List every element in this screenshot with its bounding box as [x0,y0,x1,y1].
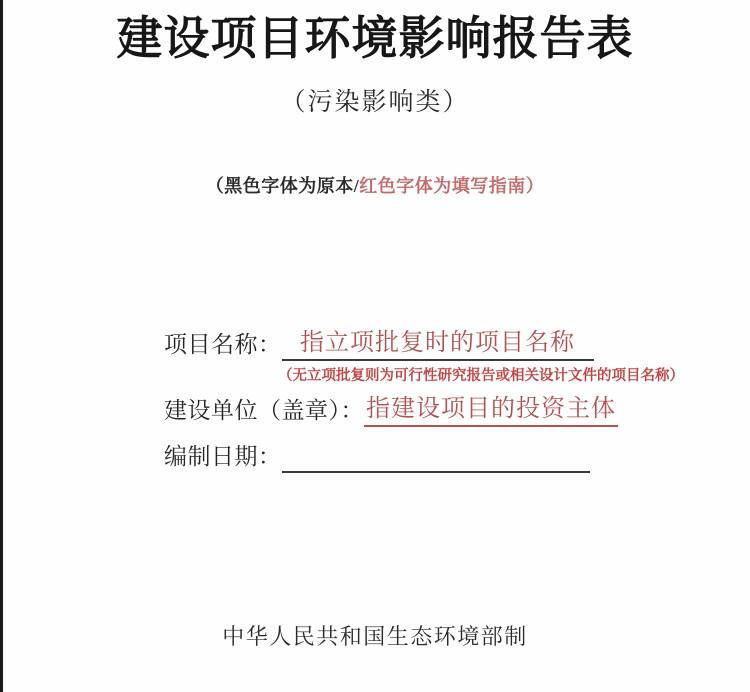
project-name-value: 指立项批复时的项目名称 [300,330,575,356]
construction-unit-row: 建设单位（盖章）：指建设项目的投资主体 [164,393,704,427]
page-title: 建设项目环境影响报告表 [0,10,750,66]
construction-unit-label: 建设单位（盖章）： [164,395,364,427]
legend-black-part: （黑色字体为原本/ [206,176,360,196]
compile-date-field [282,441,590,473]
cover-form: 项目名称：指立项批复时的项目名称 （无立项批复则为可行性研究报告或相关设计文件的… [164,327,704,473]
report-cover-page: 建设项目环境影响报告表 （污染影响类） （黑色字体为原本/红色字体为填写指南） … [0,0,750,692]
project-name-field: 指立项批复时的项目名称 [282,327,594,361]
report-category-subtitle: （污染影响类） [0,86,750,120]
construction-unit-value: 指建设项目的投资主体 [366,396,616,422]
construction-unit-field: 指建设项目的投资主体 [364,393,618,427]
issuing-authority: 中华人民共和国生态环境部制 [0,622,750,652]
legend-red-part: 红色字体为填写指南） [359,176,544,196]
compile-date-row: 编制日期： [164,441,704,473]
project-name-label: 项目名称： [164,329,282,361]
project-name-hint: （无立项批复则为可行性研究报告或相关设计文件的项目名称） [278,366,704,386]
color-legend: （黑色字体为原本/红色字体为填写指南） [0,173,750,199]
compile-date-label: 编制日期： [164,441,282,473]
project-name-row: 项目名称：指立项批复时的项目名称 [164,327,704,361]
